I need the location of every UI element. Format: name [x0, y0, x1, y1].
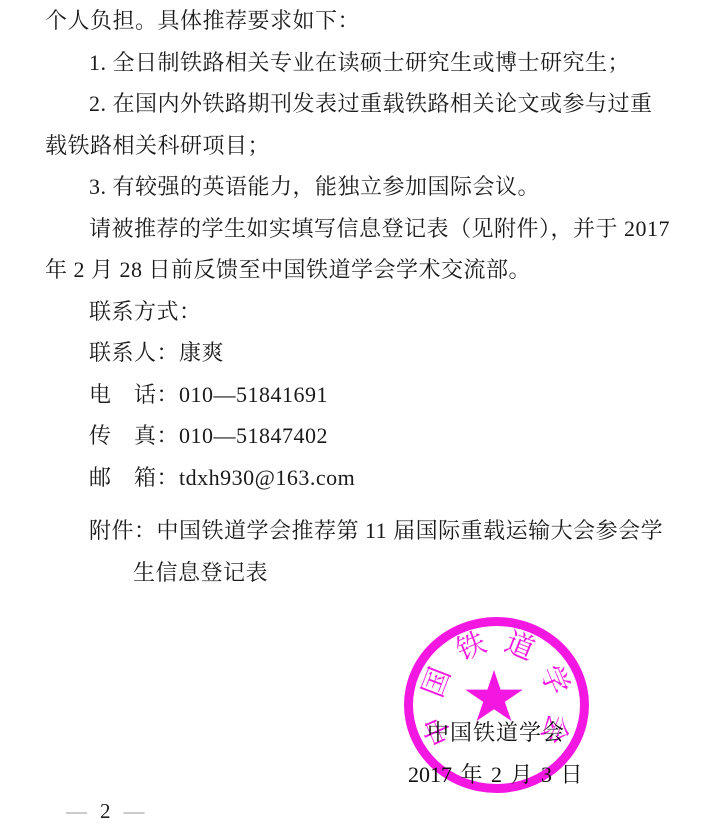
footer-dash-right: —: [124, 799, 145, 824]
signature-organization: 中国铁道学会: [427, 716, 565, 747]
attachment-line: 附件：中国铁道学会推荐第 11 届国际重载运输大会参会学: [45, 510, 680, 552]
attachment-line-continuation: 生信息登记表: [45, 552, 680, 594]
contact-person: 联系人：康爽: [45, 332, 680, 374]
body-line: 载铁路相关科研项目；: [45, 125, 680, 167]
body-line: 个人负担。具体推荐要求如下：: [45, 0, 680, 42]
signature-date: 2017 年 2 月 3 日: [408, 758, 583, 789]
body-line-numbered-1: 1. 全日制铁路相关专业在读硕士研究生或博士研究生；: [45, 42, 680, 84]
footer-dash-left: —: [66, 799, 87, 824]
body-line: 年 2 月 28 日前反馈至中国铁道学会学术交流部。: [45, 249, 680, 291]
contact-heading: 联系方式：: [45, 291, 680, 333]
letter-body: 个人负担。具体推荐要求如下： 1. 全日制铁路相关专业在读硕士研究生或博士研究生…: [45, 0, 680, 593]
contact-fax: 传 真：010—51847402: [45, 415, 680, 457]
body-line: 请被推荐的学生如实填写信息登记表（见附件），并于 2017: [45, 208, 680, 250]
footer-page-number: 2: [100, 799, 111, 824]
document-page: 个人负担。具体推荐要求如下： 1. 全日制铁路相关专业在读硕士研究生或博士研究生…: [0, 0, 710, 831]
contact-email: 邮 箱：tdxh930@163.com: [45, 457, 680, 499]
contact-phone: 电 话：010—51841691: [45, 374, 680, 416]
body-line-numbered-2: 2. 在国内外铁路期刊发表过重载铁路相关论文或参与过重: [45, 83, 680, 125]
page-number-footer: — 2 —: [66, 799, 145, 824]
body-line-numbered-3: 3. 有较强的英语能力，能独立参加国际会议。: [45, 166, 680, 208]
